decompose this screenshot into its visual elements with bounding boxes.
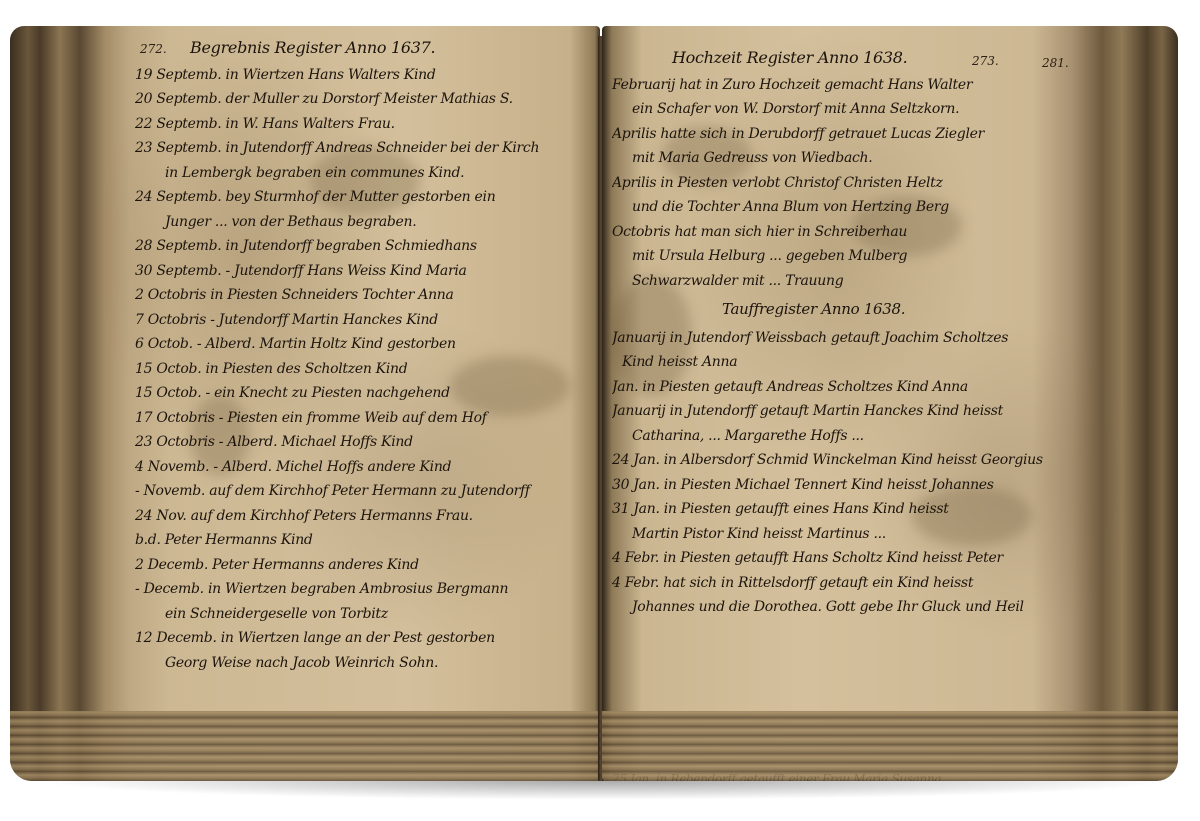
entry-line: 20 Septemb. der Muller zu Dorstorf Meist… [135, 87, 590, 112]
entry-line: 4 Novemb. - Alberd. Michel Hoffs andere … [135, 455, 590, 480]
entry-line: b.d. Peter Hermanns Kind [135, 528, 590, 553]
entry-line: Aprilis hatte sich in Derubdorff getraue… [612, 122, 1072, 147]
entry-line: 19 Septemb. in Wiertzen Hans Walters Kin… [135, 63, 590, 88]
entry-line: Jan. in Piesten getauft Andreas Scholtze… [612, 375, 1072, 400]
entry-line: Kind heisst Anna [612, 350, 1072, 375]
entry-line: 17 Octobris - Piesten ein fromme Weib au… [135, 406, 590, 431]
entry-line: 30 Septemb. - Jutendorff Hans Weiss Kind… [135, 259, 590, 284]
entry-line: Octobris hat man sich hier in Schreiberh… [612, 220, 1072, 245]
entry-line: Junger ... von der Bethaus begraben. [135, 210, 590, 235]
entry-line: mit Maria Gedreuss von Wiedbach. [612, 146, 1072, 171]
entry-line: ein Schneidergeselle von Torbitz [135, 602, 590, 627]
entry-line: Georg Weise nach Jacob Weinrich Sohn. [135, 651, 590, 676]
open-register-book: 272. Begrebnis Register Anno 1637. 19 Se… [10, 26, 1178, 781]
entry-line: 4 Febr. hat sich in Rittelsdorff getauft… [612, 571, 1072, 596]
entry-line: Catharina, ... Margarethe Hoffs ... [612, 424, 1072, 449]
entry-line: - Decemb. in Wiertzen begraben Ambrosius… [135, 577, 590, 602]
right-page: 273. 281. Hochzeit Register Anno 1638. F… [602, 26, 1178, 781]
entry-line: 24 Jan. in Albersdorf Schmid Winckelman … [612, 448, 1072, 473]
entry-line: Januarij in Jutendorff getauft Martin Ha… [612, 399, 1072, 424]
entry-line: 24 Septemb. bey Sturmhof der Mutter gest… [135, 185, 590, 210]
entry-line: und die Tochter Anna Blum von Hertzing B… [612, 195, 1072, 220]
entry-line: 7 Octobris - Jutendorff Martin Hanckes K… [135, 308, 590, 333]
entry-line: 24 Nov. auf dem Kirchhof Peters Hermanns… [135, 504, 590, 529]
entry-line: 31 Jan. in Piesten getaufft eines Hans K… [612, 497, 1072, 522]
entry-line: 30 Jan. in Piesten Michael Tennert Kind … [612, 473, 1072, 498]
page-header: Hochzeit Register Anno 1638. [612, 46, 1072, 71]
entry-line: mit Ursula Helburg ... gegeben Mulberg [612, 244, 1072, 269]
entry-line: 23 Octobris - Alberd. Michael Hoffs Kind [135, 430, 590, 455]
entry-line: 15 Octob. in Piesten des Scholtzen Kind [135, 357, 590, 382]
entry-line: Schwarzwalder mit ... Trauung [612, 269, 1072, 294]
entry-line: Januarij in Jutendorf Weissbach getauft … [612, 326, 1072, 351]
entry-line: Martin Pistor Kind heisst Martinus ... [612, 522, 1072, 547]
left-page: 272. Begrebnis Register Anno 1637. 19 Se… [10, 26, 600, 781]
entry-line: 28 Septemb. in Jutendorff begraben Schmi… [135, 234, 590, 259]
page-header: Begrebnis Register Anno 1637. [135, 36, 590, 61]
blank-space [612, 620, 1072, 770]
entry-line: - Novemb. auf dem Kirchhof Peter Hermann… [135, 479, 590, 504]
entry-line: 12 Decemb. in Wiertzen lange an der Pest… [135, 626, 590, 651]
entry-line: 6 Octob. - Alberd. Martin Holtz Kind ges… [135, 332, 590, 357]
entry-line: 15 Octob. - ein Knecht zu Piesten nachge… [135, 381, 590, 406]
entry-line: 4 Febr. in Piesten getaufft Hans Scholtz… [612, 546, 1072, 571]
section-header: Tauffregister Anno 1638. [612, 297, 1072, 322]
entry-line: Aprilis in Piesten verlobt Christof Chri… [612, 171, 1072, 196]
left-page-text: Begrebnis Register Anno 1637. 19 Septemb… [135, 36, 590, 675]
entry-line: Februarij hat in Zuro Hochzeit gemacht H… [612, 73, 1072, 98]
entry-line: 2 Octobris in Piesten Schneiders Tochter… [135, 283, 590, 308]
entry-line: 22 Septemb. in W. Hans Walters Frau. [135, 112, 590, 137]
entry-line: 2 Decemb. Peter Hermanns anderes Kind [135, 553, 590, 578]
entry-line: ein Schafer von W. Dorstorf mit Anna Sel… [612, 97, 1072, 122]
entry-line: 23 Septemb. in Jutendorff Andreas Schnei… [135, 136, 590, 161]
right-page-text: Hochzeit Register Anno 1638. Februarij h… [612, 36, 1072, 781]
entry-line: in Lembergk begraben ein communes Kind. [135, 161, 590, 186]
entry-line: 25 Jan. in Rebendorff getaufft einer Fra… [612, 770, 1072, 782]
entry-line: Johannes und die Dorothea. Gott gebe Ihr… [612, 595, 1072, 620]
